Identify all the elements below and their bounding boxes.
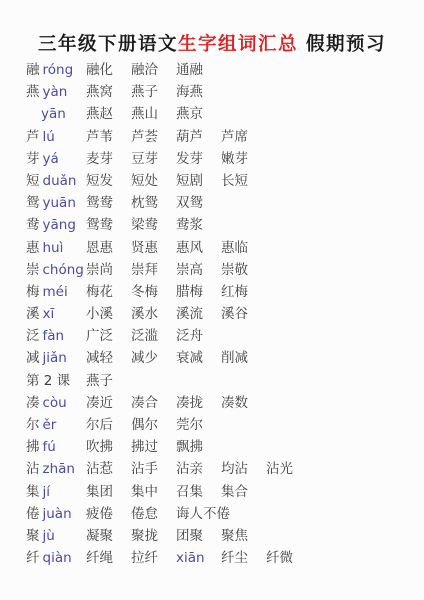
- word: 诲人不倦: [176, 503, 230, 525]
- char-head: 沾zhān: [26, 458, 75, 480]
- word: 泛舟: [176, 325, 203, 347]
- word: 腊梅: [176, 281, 203, 303]
- word: 鸳鸯: [86, 214, 113, 236]
- char-head: 减jiǎn: [26, 347, 67, 369]
- word: 燕赵: [86, 103, 113, 125]
- word: 纤尘: [221, 547, 248, 569]
- char-head: 燕yàn: [26, 81, 67, 103]
- char: 沾: [26, 461, 40, 477]
- pinyin: chóng: [43, 262, 84, 278]
- word: 芦苇: [86, 126, 113, 148]
- word: 崇高: [176, 259, 203, 281]
- title-part1: 三年级下册语文: [38, 34, 178, 55]
- char-head: 短duǎn: [26, 170, 76, 192]
- word: 通融: [176, 59, 203, 81]
- word: 集团: [86, 481, 113, 503]
- pinyin: yān: [41, 106, 66, 122]
- word: 拉纤: [131, 547, 158, 569]
- word: 燕子: [131, 81, 158, 103]
- word: 豆芽: [131, 148, 158, 170]
- word: 凑合: [131, 392, 158, 414]
- word: 恩惠: [86, 237, 113, 259]
- pinyin: yá: [43, 151, 59, 167]
- char-head: yān: [26, 103, 66, 125]
- word: 广泛: [86, 325, 113, 347]
- word: 减少: [131, 347, 158, 369]
- word: 芦荟: [131, 126, 158, 148]
- char: 芦: [26, 129, 40, 145]
- char: 倦: [26, 506, 40, 522]
- word: 崇敬: [221, 259, 248, 281]
- title-highlight: 生字组词汇总: [178, 34, 298, 55]
- word: 飘拂: [176, 436, 203, 458]
- char: 聚: [26, 528, 40, 544]
- word: 莞尔: [176, 414, 203, 436]
- char-head: 凑còu: [26, 392, 67, 414]
- word: 融化: [86, 59, 113, 81]
- word: 短剧: [176, 170, 203, 192]
- word: 短发: [86, 170, 113, 192]
- word: 纤微: [266, 547, 293, 569]
- char: 集: [26, 484, 40, 500]
- word: 衰减: [176, 347, 203, 369]
- word: 溪流: [176, 303, 203, 325]
- word: 嫩芽: [221, 148, 248, 170]
- pinyin: fàn: [43, 328, 65, 344]
- word: 纤绳: [86, 547, 113, 569]
- char-head: 芽yá: [26, 148, 59, 170]
- word: 凑近: [86, 392, 113, 414]
- word: 疲倦: [86, 503, 113, 525]
- word: 红梅: [221, 281, 248, 303]
- word: 惠临: [221, 237, 248, 259]
- char: 融: [26, 62, 40, 78]
- char-head: 拂fú: [26, 436, 56, 458]
- char-head: 梅méi: [26, 281, 68, 303]
- char: 芽: [26, 151, 40, 167]
- word: 燕山: [131, 103, 158, 125]
- word: 燕京: [176, 103, 203, 125]
- word: 发芽: [176, 148, 203, 170]
- char: 崇: [26, 262, 40, 278]
- word: 团聚: [176, 525, 203, 547]
- pinyin: fú: [43, 439, 56, 455]
- pinyin: jiǎn: [43, 350, 67, 366]
- pinyin: jí: [43, 484, 51, 500]
- word: 聚焦: [221, 525, 248, 547]
- word: 冬梅: [131, 281, 158, 303]
- pinyin: ěr: [43, 417, 57, 433]
- char: 鸳: [26, 195, 40, 211]
- word: 沾手: [131, 458, 158, 480]
- word: 聚拢: [131, 525, 158, 547]
- char: 短: [26, 173, 40, 189]
- word: 梅花: [86, 281, 113, 303]
- char-head: 尔ěr: [26, 414, 56, 436]
- char-head: 鸳yuān: [26, 192, 76, 214]
- pinyin: róng: [43, 62, 74, 78]
- pinyin: duǎn: [43, 173, 77, 189]
- word: 集中: [131, 481, 158, 503]
- word: 麦芽: [86, 148, 113, 170]
- char: 燕: [26, 84, 40, 100]
- page-title: 三年级下册语文生字组词汇总假期预习: [0, 30, 424, 56]
- lesson-label: 第 2 课: [26, 370, 70, 392]
- word: 小溪: [86, 303, 113, 325]
- char-head: 溪xī: [26, 303, 54, 325]
- pinyin: yuān: [43, 195, 76, 211]
- word: 沾惹: [86, 458, 113, 480]
- word: 尔后: [86, 414, 113, 436]
- word: 溪水: [131, 303, 158, 325]
- char: 惠: [26, 240, 40, 256]
- word: 崇拜: [131, 259, 158, 281]
- pinyin: juàn: [43, 506, 72, 522]
- word: 凑拢: [176, 392, 203, 414]
- title-part2: 假期预习: [306, 34, 386, 55]
- word: 沾光: [266, 458, 293, 480]
- word: 芦席: [221, 126, 248, 148]
- word: 燕窝: [86, 81, 113, 103]
- alt-pinyin: xiān: [176, 547, 205, 569]
- char: 拂: [26, 439, 40, 455]
- char: 凑: [26, 395, 40, 411]
- pinyin: còu: [43, 395, 67, 411]
- char-head: 芦lú: [26, 126, 55, 148]
- word: 削减: [221, 347, 248, 369]
- char: 减: [26, 350, 40, 366]
- pinyin: jù: [43, 528, 55, 544]
- char-head: 融róng: [26, 59, 73, 81]
- char-head: 鸯yāng: [26, 214, 76, 236]
- char: 泛: [26, 328, 40, 344]
- pinyin: qiàn: [43, 550, 72, 566]
- char: 梅: [26, 284, 40, 300]
- pinyin: yāng: [43, 217, 76, 233]
- lesson-number: 第 2 课: [26, 373, 70, 389]
- word: 葫芦: [176, 126, 203, 148]
- word: 拂过: [131, 436, 158, 458]
- word: 双鸳: [176, 192, 203, 214]
- word: 梁鸯: [131, 214, 158, 236]
- lesson-title: 燕子: [86, 370, 113, 392]
- char-head: 惠huì: [26, 237, 63, 259]
- word: 召集: [176, 481, 203, 503]
- pinyin: lú: [43, 129, 55, 145]
- char-head: 泛fàn: [26, 325, 64, 347]
- word: 减轻: [86, 347, 113, 369]
- char-head: 聚jù: [26, 525, 55, 547]
- pinyin: xī: [43, 306, 55, 322]
- char-head: 崇chóng: [26, 259, 84, 281]
- word: 沾亲: [176, 458, 203, 480]
- word: 凑数: [221, 392, 248, 414]
- word: 贤惠: [131, 237, 158, 259]
- word: 吹拂: [86, 436, 113, 458]
- word: 集合: [221, 481, 248, 503]
- word: 融洽: [131, 59, 158, 81]
- word: 枕鸳: [131, 192, 158, 214]
- word: 鸳鸯: [86, 192, 113, 214]
- pinyin: huì: [43, 240, 64, 256]
- word: 偶尔: [131, 414, 158, 436]
- pinyin: yàn: [43, 84, 68, 100]
- word: 长短: [221, 170, 248, 192]
- word: 惠风: [176, 237, 203, 259]
- char-head: 倦juàn: [26, 503, 72, 525]
- word: 鸯浆: [176, 214, 203, 236]
- word: 溪谷: [221, 303, 248, 325]
- word: 泛滥: [131, 325, 158, 347]
- char-head: 纤qiàn: [26, 547, 72, 569]
- char-head: 集jí: [26, 481, 50, 503]
- word: 倦怠: [131, 503, 158, 525]
- word: 凝聚: [86, 525, 113, 547]
- word: 短处: [131, 170, 158, 192]
- char: 尔: [26, 417, 40, 433]
- char: 鸯: [26, 217, 40, 233]
- word: 海燕: [176, 81, 203, 103]
- char: 纤: [26, 550, 40, 566]
- pinyin: méi: [43, 284, 68, 300]
- char: 溪: [26, 306, 40, 322]
- pinyin: zhān: [43, 461, 75, 477]
- word: 均沾: [221, 458, 248, 480]
- word: 崇尚: [86, 259, 113, 281]
